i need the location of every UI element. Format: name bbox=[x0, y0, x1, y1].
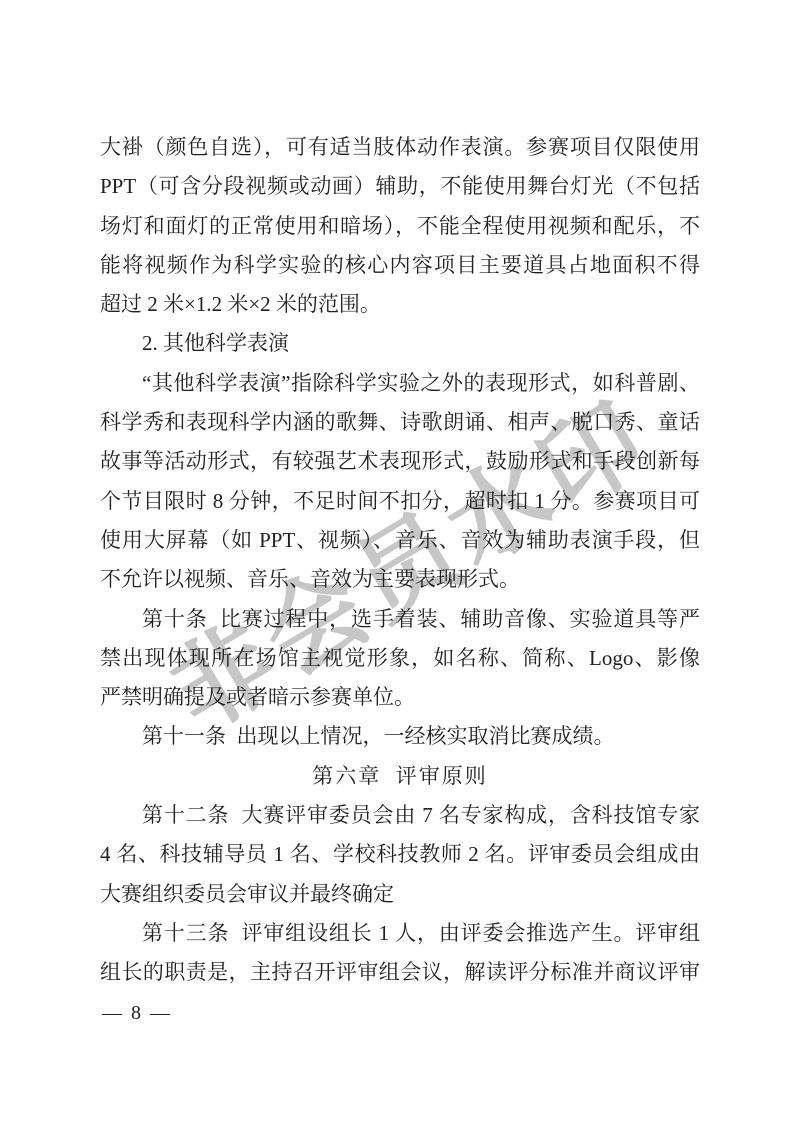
article-line: 第十条 比赛过程中，选手着装、辅助音像、实验道具等严 bbox=[100, 600, 700, 639]
list-item-heading: 2. 其他科学表演 bbox=[100, 324, 700, 363]
text-line: 不允许以视频、音乐、音效为主要表现形式。 bbox=[100, 560, 700, 599]
text-line: 科学秀和表现科学内涵的歌舞、诗歌朗诵、相声、脱口秀、童话 bbox=[100, 403, 700, 442]
article-line: 第十三条 评审组设组长 1 人，由评委会推选产生。评审组 bbox=[100, 914, 700, 953]
text-line: 故事等活动形式，有较强艺术表现形式，鼓励形式和手段创新每 bbox=[100, 442, 700, 481]
chapter-heading: 第六章 评审原则 bbox=[100, 757, 700, 796]
page-number: — 8 — bbox=[102, 1000, 172, 1026]
document-page: 非会员水印 大褂（颜色自选），可有适当肢体动作表演。参赛项目仅限使用 PPT（可… bbox=[0, 0, 793, 1122]
text-line: 个节目限时 8 分钟，不足时间不扣分，超时扣 1 分。参赛项目可 bbox=[100, 482, 700, 521]
text-line: 大褂（颜色自选），可有适当肢体动作表演。参赛项目仅限使用 bbox=[100, 128, 700, 167]
text-line: “其他科学表演”指除科学实验之外的表现形式，如科普剧、 bbox=[100, 364, 700, 403]
text-line: PPT（可含分段视频或动画）辅助，不能使用舞台灯光（不包括 bbox=[100, 167, 700, 206]
article-line: 第十一条 出现以上情况，一经核实取消比赛成绩。 bbox=[100, 717, 700, 756]
text-line: 大赛组织委员会审议并最终确定 bbox=[100, 875, 700, 914]
article-line: 第十二条 大赛评审委员会由 7 名专家构成，含科技馆专家 bbox=[100, 796, 700, 835]
text-line: 组长的职责是，主持召开评审组会议，解读评分标准并商议评审 bbox=[100, 953, 700, 992]
text-line: 使用大屏幕（如 PPT、视频）、音乐、音效为辅助表演手段，但 bbox=[100, 521, 700, 560]
text-line: 场灯和面灯的正常使用和暗场），不能全程使用视频和配乐，不 bbox=[100, 207, 700, 246]
text-line: 禁出现体现所在场馆主视觉形象，如名称、简称、Logo、影像等； bbox=[100, 639, 700, 678]
text-line: 能将视频作为科学实验的核心内容项目主要道具占地面积不得 bbox=[100, 246, 700, 285]
text-line: 超过 2 米×1.2 米×2 米的范围。 bbox=[100, 285, 700, 324]
document-body: 大褂（颜色自选），可有适当肢体动作表演。参赛项目仅限使用 PPT（可含分段视频或… bbox=[100, 128, 700, 993]
text-line: 4 名、科技辅导员 1 名、学校科技教师 2 名。评审委员会组成由 bbox=[100, 835, 700, 874]
text-line: 严禁明确提及或者暗示参赛单位。 bbox=[100, 678, 700, 717]
